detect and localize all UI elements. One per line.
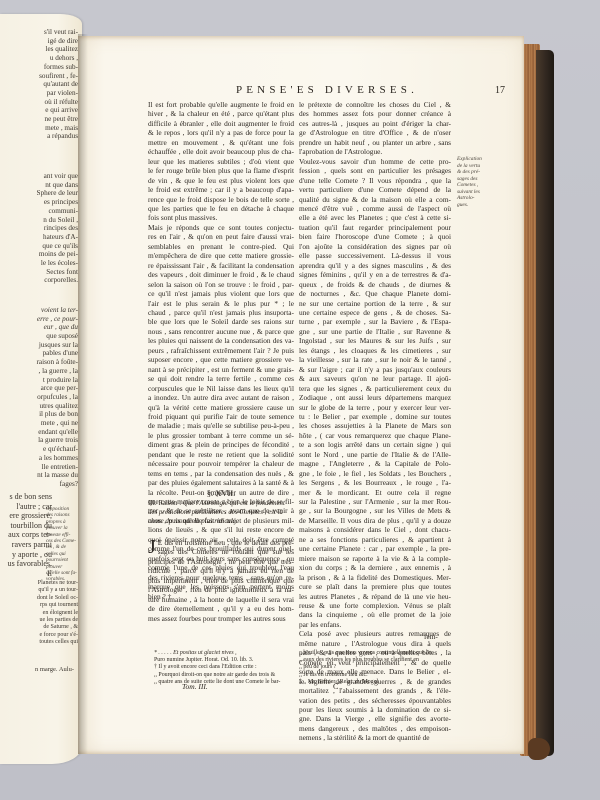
left-page-line: de Saturne , & xyxy=(0,624,78,631)
text-line: dans la cinquieme , où elle promet de la… xyxy=(299,610,451,619)
gutter-shadow xyxy=(78,34,88,754)
left-page-line: il plus de bon xyxy=(0,410,78,419)
left-page-line: la guerre trois xyxy=(0,436,78,445)
catchword: fem- xyxy=(424,632,438,641)
text-line: tems en tems , par la condensation des n… xyxy=(148,469,294,478)
text-line: elle a été avec les Planetes ; que c'est… xyxy=(299,213,451,222)
text-line: qualité du signe & de la maison où elle … xyxy=(299,195,451,204)
text-line: la prison , & à la fidelité des Domestiq… xyxy=(299,573,451,582)
left-page-line: endant qu'elle xyxy=(0,428,78,437)
left-page-line: qu'autant de xyxy=(0,80,78,89)
left-page-margin-note: Oppositiondes raisonspropres àprouver la… xyxy=(46,506,77,583)
left-page-line: fages? xyxy=(0,480,78,489)
left-page-text-block: ant voir quent que dansSphere de leures … xyxy=(0,172,78,285)
text-line: gne , le foie , le fiel , les Soldats , … xyxy=(299,469,451,478)
left-page-line: communi- xyxy=(0,207,78,216)
text-line: le prétexte de connoître les choses du C… xyxy=(299,100,451,109)
text-line: mencé d'être vuë , comme aussi de l'aspe… xyxy=(299,204,451,213)
left-page-line: dont le Soleil oc- xyxy=(0,595,78,602)
left-page-line: corporelles. xyxy=(0,276,78,285)
text-line: sur la Palestine , sur l'Armenie , sur l… xyxy=(299,497,451,506)
text-line: les étangs , les cloaques & les cimetier… xyxy=(299,346,451,355)
text-line: pendant que le reste ne retient que la s… xyxy=(148,450,294,459)
section-number: §. XVII. xyxy=(148,488,294,498)
text-line: queux , de froids & de chauds , de diurn… xyxy=(299,280,451,289)
left-page-line: moins de pei- xyxy=(0,250,78,259)
text-line: ge , sur la Bourgogne , sur les Villes d… xyxy=(299,506,451,515)
text-line: elle passe successivement. Là-dessus il … xyxy=(299,251,451,260)
text-line: une certaine Planete : car , par exemple… xyxy=(299,544,451,553)
text-line: se qui doit rendre la terre fertile , co… xyxy=(148,374,294,383)
text-line: qu'à la vérité cette matiere grossiere c… xyxy=(148,403,294,412)
left-page: s'il veut rai-igé de direles qualitezu d… xyxy=(0,14,82,764)
left-page-line: où il réfulte xyxy=(0,98,78,107)
left-page-line: e qu'échauf- xyxy=(0,445,78,454)
footnotes-left: * . . . . . Et positas ut glaciet nives … xyxy=(154,650,280,686)
text-line: l'on ajoûte la considération des signes … xyxy=(299,242,451,251)
text-line: Zodiaque , ont aussi leurs départemens m… xyxy=(299,393,451,402)
left-page-line: erre , ce pour- xyxy=(0,315,78,324)
left-page-line: us favorables. xyxy=(0,559,52,569)
footnote-line: ,, eaux des rivieres les plus troubles s… xyxy=(299,657,433,664)
footnote-line: ,, Je dis en troisieme lieu &c. xyxy=(299,672,433,679)
text-line: mettre en mouvement , & qu'étant une foi… xyxy=(148,138,294,147)
footnote-line: ,, peu de jours ? xyxy=(299,664,433,671)
left-page-line: ant voir que xyxy=(0,172,78,181)
text-line: ble que lors que le Soleil darde ses rai… xyxy=(148,317,294,326)
left-page-line: jusques sur la xyxy=(0,341,78,350)
left-page-line: nt que dans xyxy=(0,181,78,190)
left-page-line: rincipes des xyxy=(0,224,78,233)
text-line: Voulez-vous savoir d'un homme de cette p… xyxy=(299,157,451,166)
left-page-line: ue les parties de xyxy=(0,617,78,624)
text-line: l'air est le plus serain & le plus pur *… xyxy=(148,299,294,308)
text-line: d'une telle Comete ? Il vous répondra , … xyxy=(299,176,451,185)
text-line: & sur l'aigre ; car il n'y a pas jusqu'a… xyxy=(299,365,451,374)
left-page-line: s'il veut rai- xyxy=(0,28,78,37)
text-line: aprendra qu'il y a des signes masculins … xyxy=(299,261,451,270)
left-page-line: es principes xyxy=(0,198,78,207)
text-line: pour les lieux soumis à la domination de… xyxy=(299,705,451,714)
text-line: suposer encore , que cette matiere gross… xyxy=(148,355,294,364)
text-line: res en l'air , & qu'on en peut faire d'a… xyxy=(148,232,294,241)
text-line: Il est fort probable qu'elle augmente le… xyxy=(148,100,294,109)
section-title: III. Raison : Que l'Astrologie qui est l… xyxy=(148,500,294,526)
text-line: chaud , parce qu'il n'est jamais plus in… xyxy=(148,308,294,317)
left-page-line: lle entretien- xyxy=(0,463,78,472)
text-line: m'empêchera de dire que cette matiere gr… xyxy=(148,251,294,260)
text-line: a inondez. Un autre dira avec autant de … xyxy=(148,393,294,402)
text-line: de nocturnes , &c. Que chaque Planete do… xyxy=(299,289,451,298)
left-page-text-block: Planetes ne tour-qu'il y a un tour-dont … xyxy=(0,580,78,647)
text-line: le plus grossier tombant à terre comme u… xyxy=(148,431,294,440)
text-line: nécessaire pour pouvoir tempérer la chal… xyxy=(148,459,294,468)
left-page-line: tourbillon du xyxy=(0,521,52,531)
left-page-line: n du Soleil , xyxy=(0,216,78,225)
text-line: & le repos , lors qu'il n'y a pas de for… xyxy=(148,128,294,137)
text-line: cure se plaît dans la premiere plus que … xyxy=(299,582,451,591)
text-line: nous , sans rencontrer aucune nue , & pa… xyxy=(148,327,294,336)
text-line: vertu particuliere d'une Comete dépend d… xyxy=(299,185,451,194)
text-line: mer & le mordicant. Et outre cela il reg… xyxy=(299,488,451,497)
text-line: mortalitez , l'abaissement des grands , … xyxy=(299,686,451,695)
section-body: J E dis en troisieme lieu , que le détai… xyxy=(148,538,294,623)
text-line: signes féminins , qu'il y en a de terres… xyxy=(299,270,451,279)
text-line: l'aprobation de l'Astrologue. xyxy=(299,147,451,156)
left-page-line: Sphere de leur xyxy=(0,189,78,198)
text-line: ne sur une certaine portion de la terre … xyxy=(299,299,451,308)
text-line: nemens , la stérilité & la mort de quant… xyxy=(299,733,451,742)
text-line: mens dangereux , des maltôtes , des empo… xyxy=(299,724,451,733)
footnote-line: ‡ ,, Mr. Bernier , Relat. du Mogol. xyxy=(299,679,433,686)
cover-corner xyxy=(528,738,550,760)
text-line: ce qu'il n'est jamais plus violent que l… xyxy=(148,289,294,298)
left-page-line: rps qui tournent xyxy=(0,602,78,609)
text-line: corpuscules que le Nil laisse dans les l… xyxy=(148,384,294,393)
text-line: miere maison se raporte à la vie & à la … xyxy=(299,554,451,563)
text-line: tu : le Belier , par exemple , domine su… xyxy=(299,412,451,421)
text-line: échauffée , elle doit avoir beaucoup plu… xyxy=(148,147,294,156)
text-line: lions de lieuës , & que s'il lui reste e… xyxy=(148,525,294,534)
text-line: l'Astrologie , rien de plus ignominieux … xyxy=(148,585,294,594)
text-line: les Sergens , & les Bourreaux , le rouge… xyxy=(299,478,451,487)
left-page-line: mete , qui ne xyxy=(0,419,78,428)
section-title-label: III. Raison : xyxy=(148,500,181,507)
text-line: plus impertinent , rien de plus chimériq… xyxy=(148,576,294,585)
margin-note-line: vorables. xyxy=(46,576,77,582)
text-line: sur le globe de la terre , pour y exerce… xyxy=(299,403,451,412)
text-line: nant à se précipiter , est un ferment & … xyxy=(148,365,294,374)
left-page-line: formes sub- xyxy=(0,63,78,72)
left-page-line: ne peut être xyxy=(0,115,78,124)
text-line: difficile à ébranler , elle doit augment… xyxy=(148,119,294,128)
left-page-line: a répandus xyxy=(0,132,78,141)
left-page-line: les qualitez xyxy=(0,45,78,54)
text-line: le froid est extrême ; car il y a beauco… xyxy=(148,185,294,194)
text-line: & aux saveurs qu'on ne leur partage. Il … xyxy=(299,374,451,383)
text-line: tuation qu'il faut regarder principaleme… xyxy=(299,223,451,232)
left-page-line: , la guerre , la xyxy=(0,367,78,376)
margin-note: Explicationde la vertu& des pré-sages de… xyxy=(457,156,493,208)
footnote-line: ,, quatre ans de suite cette lie dont un… xyxy=(154,679,280,686)
left-page-line: l'autre ; car xyxy=(0,502,52,512)
text-line: les pluies qui naissent de la condensati… xyxy=(148,336,294,345)
signature-letter: C xyxy=(333,682,338,691)
left-page-line: eur , que du xyxy=(0,323,78,332)
text-line: magne , l'Angleterre , & la Capitale de … xyxy=(299,459,451,468)
text-line: diment gras & plein de principes de féco… xyxy=(148,440,294,449)
text-line: reuse & une forte complexion. Vénus se p… xyxy=(299,601,451,610)
text-line: tera que les signes , & particulierement… xyxy=(299,384,451,393)
text-line: ture humaine , à la honte de laquelle il… xyxy=(148,595,294,604)
text-line: fession , quels sont en particulier les … xyxy=(299,166,451,175)
text-line: principes de l'Astrologie , ne peut être… xyxy=(148,557,294,566)
text-line: de dire éternellement , qu'il y a eu des… xyxy=(148,604,294,613)
text-line: xion du corps ; & la derniere , aux enne… xyxy=(299,563,451,572)
text-line: mes assez fourbes pour tromper les autre… xyxy=(148,614,294,623)
text-line: bien faire l'horoscope d'une Comete ; à … xyxy=(299,232,451,241)
left-page-line: ere grossiere, xyxy=(0,511,52,521)
left-page-line: pables d'une xyxy=(0,349,78,358)
text-line: de maladie ; mais qu'elle se subtilise p… xyxy=(148,421,294,430)
text-line: que les parties que le feu en détache à … xyxy=(148,204,294,213)
text-line: sages des Cometes ne roulant que sur les xyxy=(148,547,294,556)
text-line: par des pluies également salutaires à la… xyxy=(148,478,294,487)
left-page-line: raison à foûte- xyxy=(0,358,78,367)
text-line: Mais je réponds que ce sont toutes conje… xyxy=(148,223,294,232)
text-line: vation des petits , des sécheresses épou… xyxy=(299,696,451,705)
left-page-line: arce que per- xyxy=(0,384,78,393)
margin-note-line: gues. xyxy=(457,202,493,209)
left-page-line: u dehors , xyxy=(0,54,78,63)
left-page-line: soufirent , fe- xyxy=(0,72,78,81)
left-page-line: en éloignent le xyxy=(0,610,78,617)
text-line: prendre un habit neuf , ou planter un ar… xyxy=(299,138,451,147)
text-line: fois sont plus massives. xyxy=(148,213,294,222)
text-line: la vieillesse , sur la rate , sur le noi… xyxy=(299,355,451,364)
text-line: des hommes assez fots pour donner créanc… xyxy=(299,109,451,118)
left-page-text-block: voient la ter-erre , ce pour-eur , que d… xyxy=(0,306,78,332)
left-page-line: a les hommes xyxy=(0,454,78,463)
left-page-text-block: que suposéjusques sur lapables d'unerais… xyxy=(0,332,78,489)
text-line: de vin , & que le feu est plus violent l… xyxy=(148,176,294,185)
text-line: E dis en troisieme lieu , que le détail … xyxy=(148,538,294,547)
left-page-line: e force pour s'é- xyxy=(0,632,78,639)
footnote-line: ,, Pourquoi diroit-on que notre air gard… xyxy=(154,672,280,679)
text-line: hôte , ( car vous remarquerez que chaque… xyxy=(299,431,451,440)
left-page-line: Il xyxy=(0,569,52,579)
running-head: PENSE'ES DIVERSES. xyxy=(212,84,442,96)
footnote-line: Puro numine Jupiter. Horat. Od. 10. lib.… xyxy=(154,657,280,664)
left-page-line: nt la masse du xyxy=(0,471,78,480)
text-line: maisons à considérer dans le Ciel , dont… xyxy=(299,525,451,534)
text-line: rence que le froid dispose le bois de te… xyxy=(148,195,294,204)
left-page-line: igé de dire xyxy=(0,37,78,46)
left-page-line: hateurs d'A- xyxy=(0,233,78,242)
left-page-line: s de bon sens xyxy=(0,492,52,502)
left-page-line: ravers parmi xyxy=(0,540,52,550)
text-line: hiver , & la chaleur en été , parce qu'é… xyxy=(148,109,294,118)
left-page-line: voient la ter- xyxy=(0,306,78,315)
text-line: ces autres-là , jusques au point d'érige… xyxy=(299,119,451,128)
text-line: sont le Nord , une partie de l'Italie & … xyxy=(299,450,451,459)
footnote-line: † Il y avoit encore ceci dans l'Edition … xyxy=(154,664,280,671)
text-line: ne a ses fonctions particulieres , & apa… xyxy=(299,535,451,544)
left-page-line: utres qualitez xyxy=(0,402,78,411)
text-line: gne. Dans la Vierge , elle signifie des … xyxy=(299,714,451,723)
footnotes-right: ,, bouille , puis que nous voyons contin… xyxy=(299,650,433,686)
text-line: les autres Planetes , & répand de là une… xyxy=(299,592,451,601)
left-page-line: qu'il y a un tour- xyxy=(0,587,78,594)
right-page: PENSE'ES DIVERSES. 17 Il est fort probab… xyxy=(78,36,524,754)
text-line: peurs , rafraîchissent extrêmement l'air… xyxy=(148,346,294,355)
text-line: par les enfans. xyxy=(299,620,451,629)
text-line: le fer rouge brûle bien plus que la flam… xyxy=(148,166,294,175)
left-page-text-block: s de bon sensl'autre ; carere grossiere,… xyxy=(0,492,52,578)
left-page-line: par violen- xyxy=(0,89,78,98)
left-page-text-block: n marge. Aulu- xyxy=(0,666,74,675)
text-column-right: le prétexte de connoître les choses du C… xyxy=(299,100,451,743)
left-page-line: t produire la xyxy=(0,376,78,385)
left-page-line: toutes celles qui xyxy=(0,639,78,646)
left-page-line: mete , mais xyxy=(0,124,78,133)
left-page-line: Sectes font xyxy=(0,268,78,277)
footnote-line: * . . . . . Et positas ut glaciet nives … xyxy=(154,650,280,657)
left-page-line: y aporte , ou xyxy=(0,550,52,560)
book-cover-spine xyxy=(536,50,554,756)
page-number: 17 xyxy=(495,85,505,96)
text-line: selon la saison où l'on se trouve : le f… xyxy=(148,280,294,289)
left-page-line: aux corps ter- xyxy=(0,530,52,540)
text-line: gne , sur une partie de l'Italie , sur R… xyxy=(299,327,451,336)
left-page-line: que ce qu'ils xyxy=(0,242,78,251)
text-line: semblables en prenant le contre-pied. Qu… xyxy=(148,242,294,251)
text-line: leur que les matieres subtiles ; d'où vi… xyxy=(148,157,294,166)
left-page-line: orpufcules , la xyxy=(0,393,78,402)
text-line: froid piquant qui purifie l'air de toute… xyxy=(148,412,294,421)
text-line: de Marseille. Il vous dira de plus , qu'… xyxy=(299,516,451,525)
text-line: des vapeurs , doit diminuer le froid , &… xyxy=(148,270,294,279)
text-line: ge d'Astrologue en titre d'Office , & de… xyxy=(299,128,451,137)
drop-cap: J xyxy=(148,539,156,556)
text-line: te a son logis arrêté dans un certain si… xyxy=(299,440,451,449)
text-line: les choses assujetties à la Planete de M… xyxy=(299,421,451,430)
text-line: ridicule , parce qu'il n'y a jamais eu r… xyxy=(148,566,294,575)
text-line: Ingolstad , sur les Maures & sur les Jui… xyxy=(299,336,451,345)
left-page-line: le les écoles- xyxy=(0,259,78,268)
left-page-text-block: s'il veut rai-igé de direles qualitezu d… xyxy=(0,28,78,141)
left-page-line: e qui arrive xyxy=(0,106,78,115)
left-page-line: que suposé xyxy=(0,332,78,341)
text-line: turne , par exemple , sur la Baviere , &… xyxy=(299,317,451,326)
signature-volume: Tom. III. xyxy=(182,682,208,691)
text-line: re épaississant l'air , & facilitant la … xyxy=(148,261,294,270)
text-line: une certaine espece de gens , & de chose… xyxy=(299,308,451,317)
